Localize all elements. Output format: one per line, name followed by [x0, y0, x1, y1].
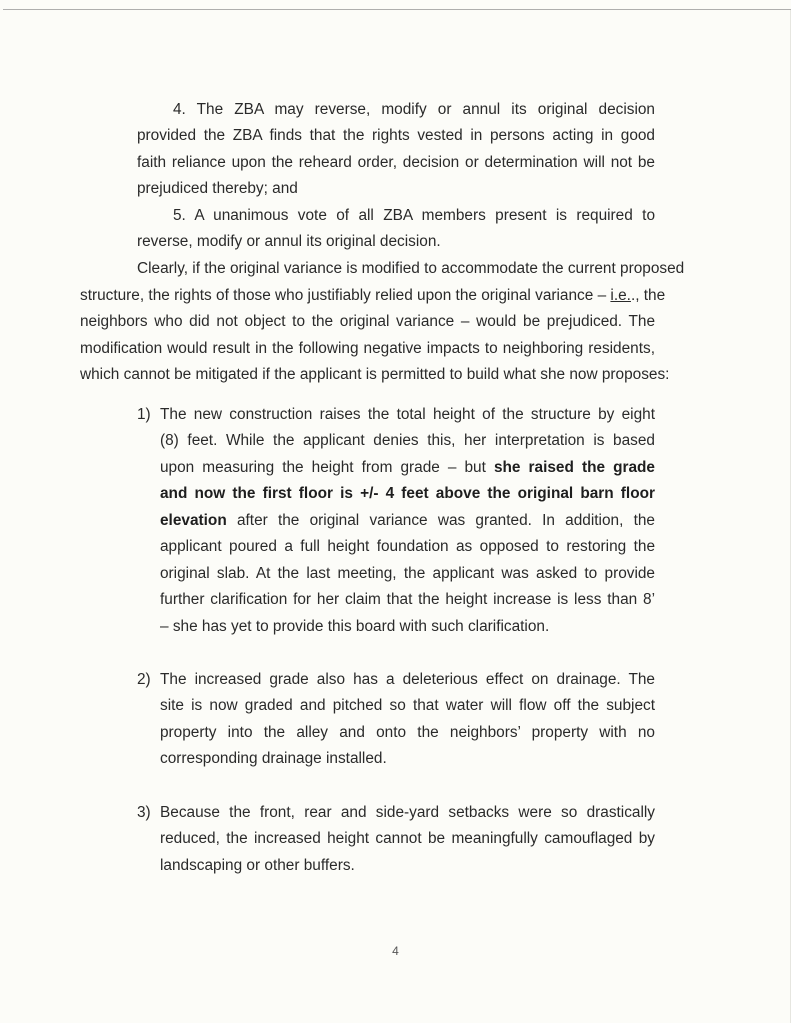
- text-line: 5. A unanimous vote of all ZBA members p…: [173, 207, 655, 225]
- text-line: site is now graded and pitched so that w…: [160, 697, 655, 715]
- underlined-ie: i.e.: [610, 287, 631, 304]
- text-line: further clarification for her claim that…: [160, 591, 655, 609]
- page-number: 4: [0, 944, 791, 958]
- text-line: corresponding drainage installed.: [160, 750, 655, 768]
- text-line: upon measuring the height from grade – b…: [160, 459, 655, 477]
- text-line: structure, the rights of those who justi…: [80, 287, 655, 305]
- item-number: 1): [137, 406, 151, 424]
- item-number: 3): [137, 804, 151, 822]
- text-line: which cannot be mitigated if the applica…: [80, 366, 655, 384]
- text-line: (8) feet. While the applicant denies thi…: [160, 432, 655, 450]
- bold-text: and now the first floor is +/- 4 feet ab…: [160, 485, 655, 502]
- text-line: elevation after the original variance wa…: [160, 512, 655, 530]
- bold-text: elevation: [160, 512, 227, 529]
- text-line: prejudiced thereby; and: [137, 180, 655, 198]
- text-line: faith reliance upon the reheard order, d…: [137, 154, 655, 172]
- text-span: upon measuring the height from grade – b…: [160, 459, 486, 476]
- text-line: – she has yet to provide this board with…: [160, 618, 655, 636]
- text-line: Clearly, if the original variance is mod…: [137, 260, 655, 278]
- text-span: ., the: [631, 287, 665, 304]
- text-line: reverse, modify or annul its original de…: [137, 233, 655, 251]
- text-line: property into the alley and onto the nei…: [160, 724, 655, 742]
- page-top-edge: [3, 9, 791, 10]
- text-line: modification would result in the followi…: [80, 340, 655, 358]
- text-line: provided the ZBA finds that the rights v…: [137, 127, 655, 145]
- document-page: 4. The ZBA may reverse, modify or annul …: [0, 0, 791, 1023]
- text-line: The increased grade also has a deleterio…: [160, 671, 655, 689]
- bold-text: she raised the grade: [494, 459, 655, 476]
- text-line: applicant poured a full height foundatio…: [160, 538, 655, 556]
- text-line: Because the front, rear and side-yard se…: [160, 804, 655, 822]
- text-line: reduced, the increased height cannot be …: [160, 830, 655, 848]
- text-span: structure, the rights of those who justi…: [80, 287, 606, 304]
- text-line: 4. The ZBA may reverse, modify or annul …: [173, 101, 655, 119]
- text-line: and now the first floor is +/- 4 feet ab…: [160, 485, 655, 503]
- text-line: landscaping or other buffers.: [160, 857, 655, 875]
- text-line: The new construction raises the total he…: [160, 406, 655, 424]
- text-span: after the original variance was granted.…: [237, 512, 655, 529]
- item-number: 2): [137, 671, 151, 689]
- text-line: neighbors who did not object to the orig…: [80, 313, 655, 331]
- text-line: original slab. At the last meeting, the …: [160, 565, 655, 583]
